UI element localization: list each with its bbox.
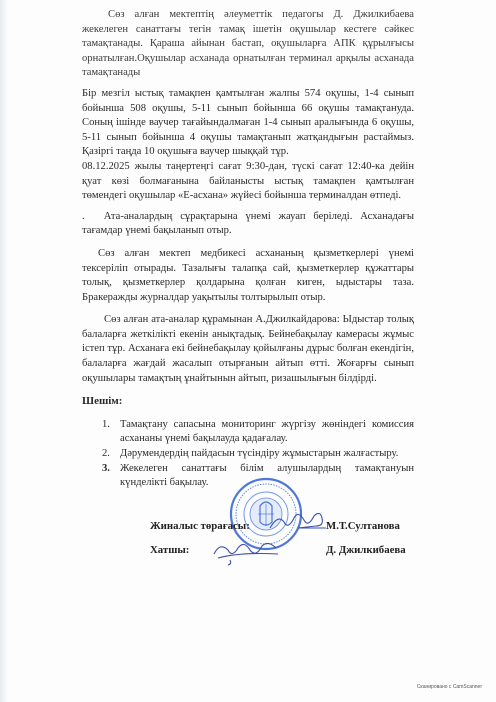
paragraph-parents-feedback: Сөз алған ата-аналар құрамынан А.Джилкай… bbox=[82, 313, 414, 386]
decision-number: 3. bbox=[102, 462, 110, 477]
signature-row-secretary: Хатшы: Д. Джилкибаева bbox=[150, 544, 440, 568]
paragraph-social-pedagogue: Сөз алған мектептің әлеуметтік педагогы … bbox=[82, 8, 414, 81]
signature-row-chair: Жиналыс төрағасы: М.Т.Султанова bbox=[150, 520, 440, 544]
document-body: Сөз алған мектептің әлеуметтік педагогы … bbox=[82, 8, 414, 491]
paragraph-parent-questions: . Ата-аналардың сұрақтарына үнемі жауап … bbox=[82, 210, 414, 239]
signature-name: Д. Джилкибаева bbox=[326, 544, 406, 556]
signature-role: Жиналыс төрағасы: bbox=[150, 520, 250, 532]
bullet-dot: . bbox=[82, 210, 88, 225]
signature-name: М.Т.Султанова bbox=[326, 520, 400, 532]
decision-text: Тамақтану сапасына мониторинг жүргізу жө… bbox=[120, 419, 414, 445]
scanner-watermark: Сканировано с CamScanner bbox=[417, 684, 482, 690]
decision-number: 2. bbox=[102, 447, 110, 462]
paragraph-nurse-inspection: Сөз алған мектеп медбикесі асхананың қыз… bbox=[82, 247, 414, 305]
paragraph-parent-questions-text: Ата-аналардың сұрақтарына үнемі жауап бе… bbox=[82, 211, 414, 237]
signature-block: Жиналыс төрағасы: М.Т.Султанова Хатшы: Д… bbox=[150, 520, 440, 568]
page-edge-shadow bbox=[0, 0, 8, 702]
decision-text: Дәрумендердің пайдасын түсіндіру жұмыста… bbox=[120, 448, 398, 459]
decision-heading: Шешім: bbox=[82, 394, 414, 409]
scanned-document-page: Сөз алған мектептің әлеуметтік педагогы … bbox=[0, 0, 496, 702]
paragraph-meal-coverage: Бір мезгіл ыстық тамақпен қамтылған жалп… bbox=[82, 87, 414, 160]
decision-item: 2. Дәрумендердің пайдасын түсіндіру жұмы… bbox=[120, 447, 414, 462]
paragraph-power-outage: 08.12.2025 жылы таңертеңгі сағат 9:30-да… bbox=[82, 160, 414, 204]
decision-number: 1. bbox=[102, 418, 110, 433]
decision-item: 1. Тамақтану сапасына мониторинг жүргізу… bbox=[120, 418, 414, 447]
signature-role: Хатшы: bbox=[150, 544, 189, 556]
